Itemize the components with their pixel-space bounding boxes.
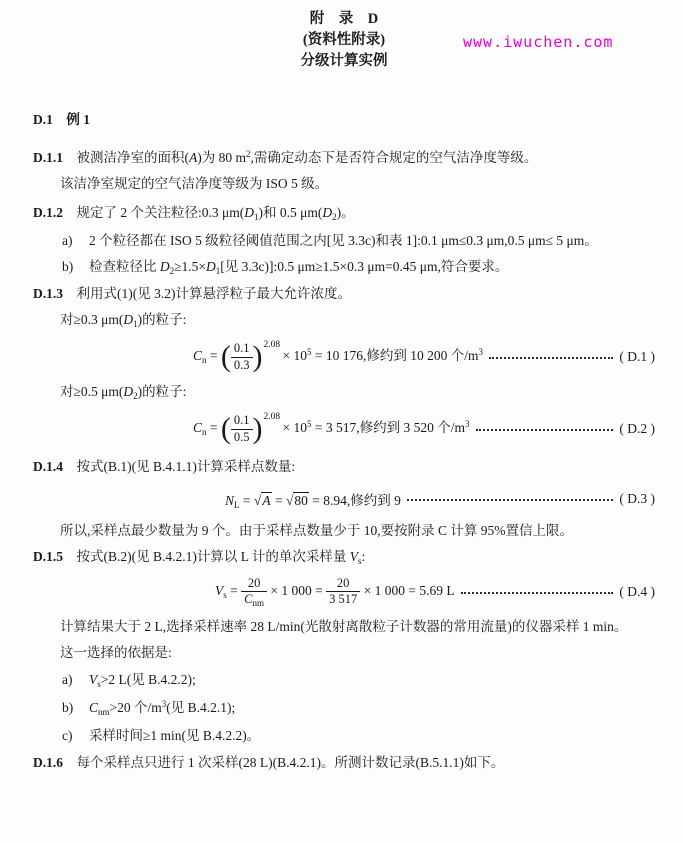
clause-d1-1-4: D.1.4 按式(B.1)(见 B.4.1.1)计算采样点数量: xyxy=(33,454,655,480)
formula-d1-lhs: Cn = xyxy=(193,348,221,363)
sampling-points-conclusion: 所以,采样点最少数量为 9 个。由于采样点数量少于 10,要按附录 C 计算 9… xyxy=(33,518,655,544)
fraction-denominator: Cnm xyxy=(241,592,267,608)
clause-d1-1-5: D.1.5 按式(B.2)(见 B.4.2.1)计算以 L 计的单次采样量 Vs… xyxy=(33,544,655,570)
choice-basis-intro: 这一选择的依据是: xyxy=(33,640,655,666)
dot-leader xyxy=(489,357,613,359)
list-marker-c: c) xyxy=(62,722,89,750)
paren-close xyxy=(253,412,263,445)
list-marker-a: a) xyxy=(62,229,89,252)
clause-d1-heading: D.1 例 1 xyxy=(33,107,655,133)
clause-d1-1-1-cont: 该洁净室规定的空气洁净度等级为 ISO 5 级。 xyxy=(33,171,655,197)
equation-label-d4: ( D.4 ) xyxy=(619,584,655,600)
exponent: 2.08 xyxy=(264,412,281,422)
basis-item-c-text: 采样时间≥1 min(见 B.4.2.2)。 xyxy=(89,722,655,750)
equation-d1: Cn = 0.10.32.08 × 105 = 10 176,修约到 10 20… xyxy=(33,341,655,373)
formula-d4: Vs = 20Cnm × 1 000 = 203 517 × 1 000 = 5… xyxy=(215,576,455,608)
watermark-url: www.iwuchen.com xyxy=(463,33,613,51)
appendix-section-title: 分级计算实例 xyxy=(33,51,655,72)
paren-open xyxy=(221,412,231,445)
sampling-rate-paragraph: 计算结果大于 2 L,选择采样速率 28 L/min(光散射离散粒子计数器的常用… xyxy=(33,614,655,640)
fraction: 203 517 xyxy=(326,576,360,608)
fraction: 0.10.3 xyxy=(231,341,253,373)
paren-close xyxy=(253,340,263,373)
equation-label-d3: ( D.3 ) xyxy=(619,491,655,507)
fraction-denominator: 3 517 xyxy=(326,592,360,608)
fraction-denominator: 0.3 xyxy=(231,358,253,374)
formula-d2: Cn = 0.10.52.08 × 105 = 3 517,修约到 3 520 … xyxy=(193,413,470,445)
dot-leader xyxy=(461,592,614,594)
basis-item-b-text: Cnm>20 个/m3(见 B.4.2.1); xyxy=(89,694,655,722)
basis-item-a: a) Vs>2 L(见 B.4.2.2); xyxy=(62,666,655,694)
fraction-numerator: 20 xyxy=(241,576,267,593)
basis-item-c: c) 采样时间≥1 min(见 B.4.2.2)。 xyxy=(62,722,655,750)
particle-case-2: 对≥0.5 μm(D2)的粒子: xyxy=(33,379,655,405)
clause-d1-1-2: D.1.2 规定了 2 个关注粒径:0.3 μm(D1)和 0.5 μm(D2)… xyxy=(33,200,655,226)
formula-d3: NL = A = 80 = 8.94,修约到 9 xyxy=(225,489,401,509)
list-marker-a: a) xyxy=(62,666,89,694)
list-marker-b: b) xyxy=(62,694,89,722)
clause-d1-1-6: D.1.6 每个采样点只进行 1 次采样(28 L)(B.4.2.1)。所测计数… xyxy=(33,750,655,776)
equation-label-d2: ( D.2 ) xyxy=(619,421,655,437)
list-item-a: a) 2 个粒径都在 ISO 5 级粒径阈值范围之内[见 3.3c)和表 1]:… xyxy=(62,229,655,252)
list-marker-b: b) xyxy=(62,255,89,278)
list-item-a-text: 2 个粒径都在 ISO 5 级粒径阈值范围之内[见 3.3c)和表 1]:0.1… xyxy=(89,229,655,252)
appendix-title: 附 录 D xyxy=(33,9,655,30)
equation-label-d1: ( D.1 ) xyxy=(619,349,655,365)
paren-open xyxy=(221,340,231,373)
formula-d4-tail: × 1 000 = 5.69 L xyxy=(360,583,454,598)
formula-d4-lhs: Vs = xyxy=(215,583,241,598)
formula-d1-rhs: × 105 = 10 176,修约到 10 200 个/m3 xyxy=(279,348,483,363)
equation-d3: NL = A = 80 = 8.94,修约到 9 ( D.3 ) xyxy=(33,489,655,509)
dot-leader xyxy=(407,499,614,501)
fraction-numerator: 0.1 xyxy=(231,413,253,430)
exponent: 2.08 xyxy=(264,340,281,350)
fraction: 0.10.5 xyxy=(231,413,253,445)
formula-d2-lhs: Cn = xyxy=(193,420,221,435)
particle-case-1: 对≥0.3 μm(D1)的粒子: xyxy=(33,307,655,333)
dot-leader xyxy=(476,429,614,431)
fraction-denominator: 0.5 xyxy=(231,430,253,446)
fraction: 20Cnm xyxy=(241,576,267,608)
equation-d2: Cn = 0.10.52.08 × 105 = 3 517,修约到 3 520 … xyxy=(33,413,655,445)
clause-d1-1-3: D.1.3 利用式(1)(见 3.2)计算悬浮粒子最大允许浓度。 xyxy=(33,281,655,307)
list-item-b-text: 检查粒径比 D2≥1.5×D1[见 3.3c)]:0.5 μm≥1.5×0.3 … xyxy=(89,255,655,278)
fraction-numerator: 0.1 xyxy=(231,341,253,358)
fraction-numerator: 20 xyxy=(326,576,360,593)
formula-d2-rhs: × 105 = 3 517,修约到 3 520 个/m3 xyxy=(279,420,469,435)
formula-d1: Cn = 0.10.32.08 × 105 = 10 176,修约到 10 20… xyxy=(193,341,483,373)
clause-d1-1-1: D.1.1 被测洁净室的面积(A)为 80 m2,需确定动态下是否符合规定的空气… xyxy=(33,145,655,171)
basis-item-a-text: Vs>2 L(见 B.4.2.2); xyxy=(89,666,655,694)
formula-d4-mid: × 1 000 = xyxy=(267,583,326,598)
document-page: 附 录 D (资料性附录) 分级计算实例 D.1 例 1 D.1.1 被测洁净室… xyxy=(0,0,683,776)
equation-d4: Vs = 20Cnm × 1 000 = 203 517 × 1 000 = 5… xyxy=(33,576,655,608)
basis-item-b: b) Cnm>20 个/m3(见 B.4.2.1); xyxy=(62,694,655,722)
list-item-b: b) 检查粒径比 D2≥1.5×D1[见 3.3c)]:0.5 μm≥1.5×0… xyxy=(62,255,655,278)
